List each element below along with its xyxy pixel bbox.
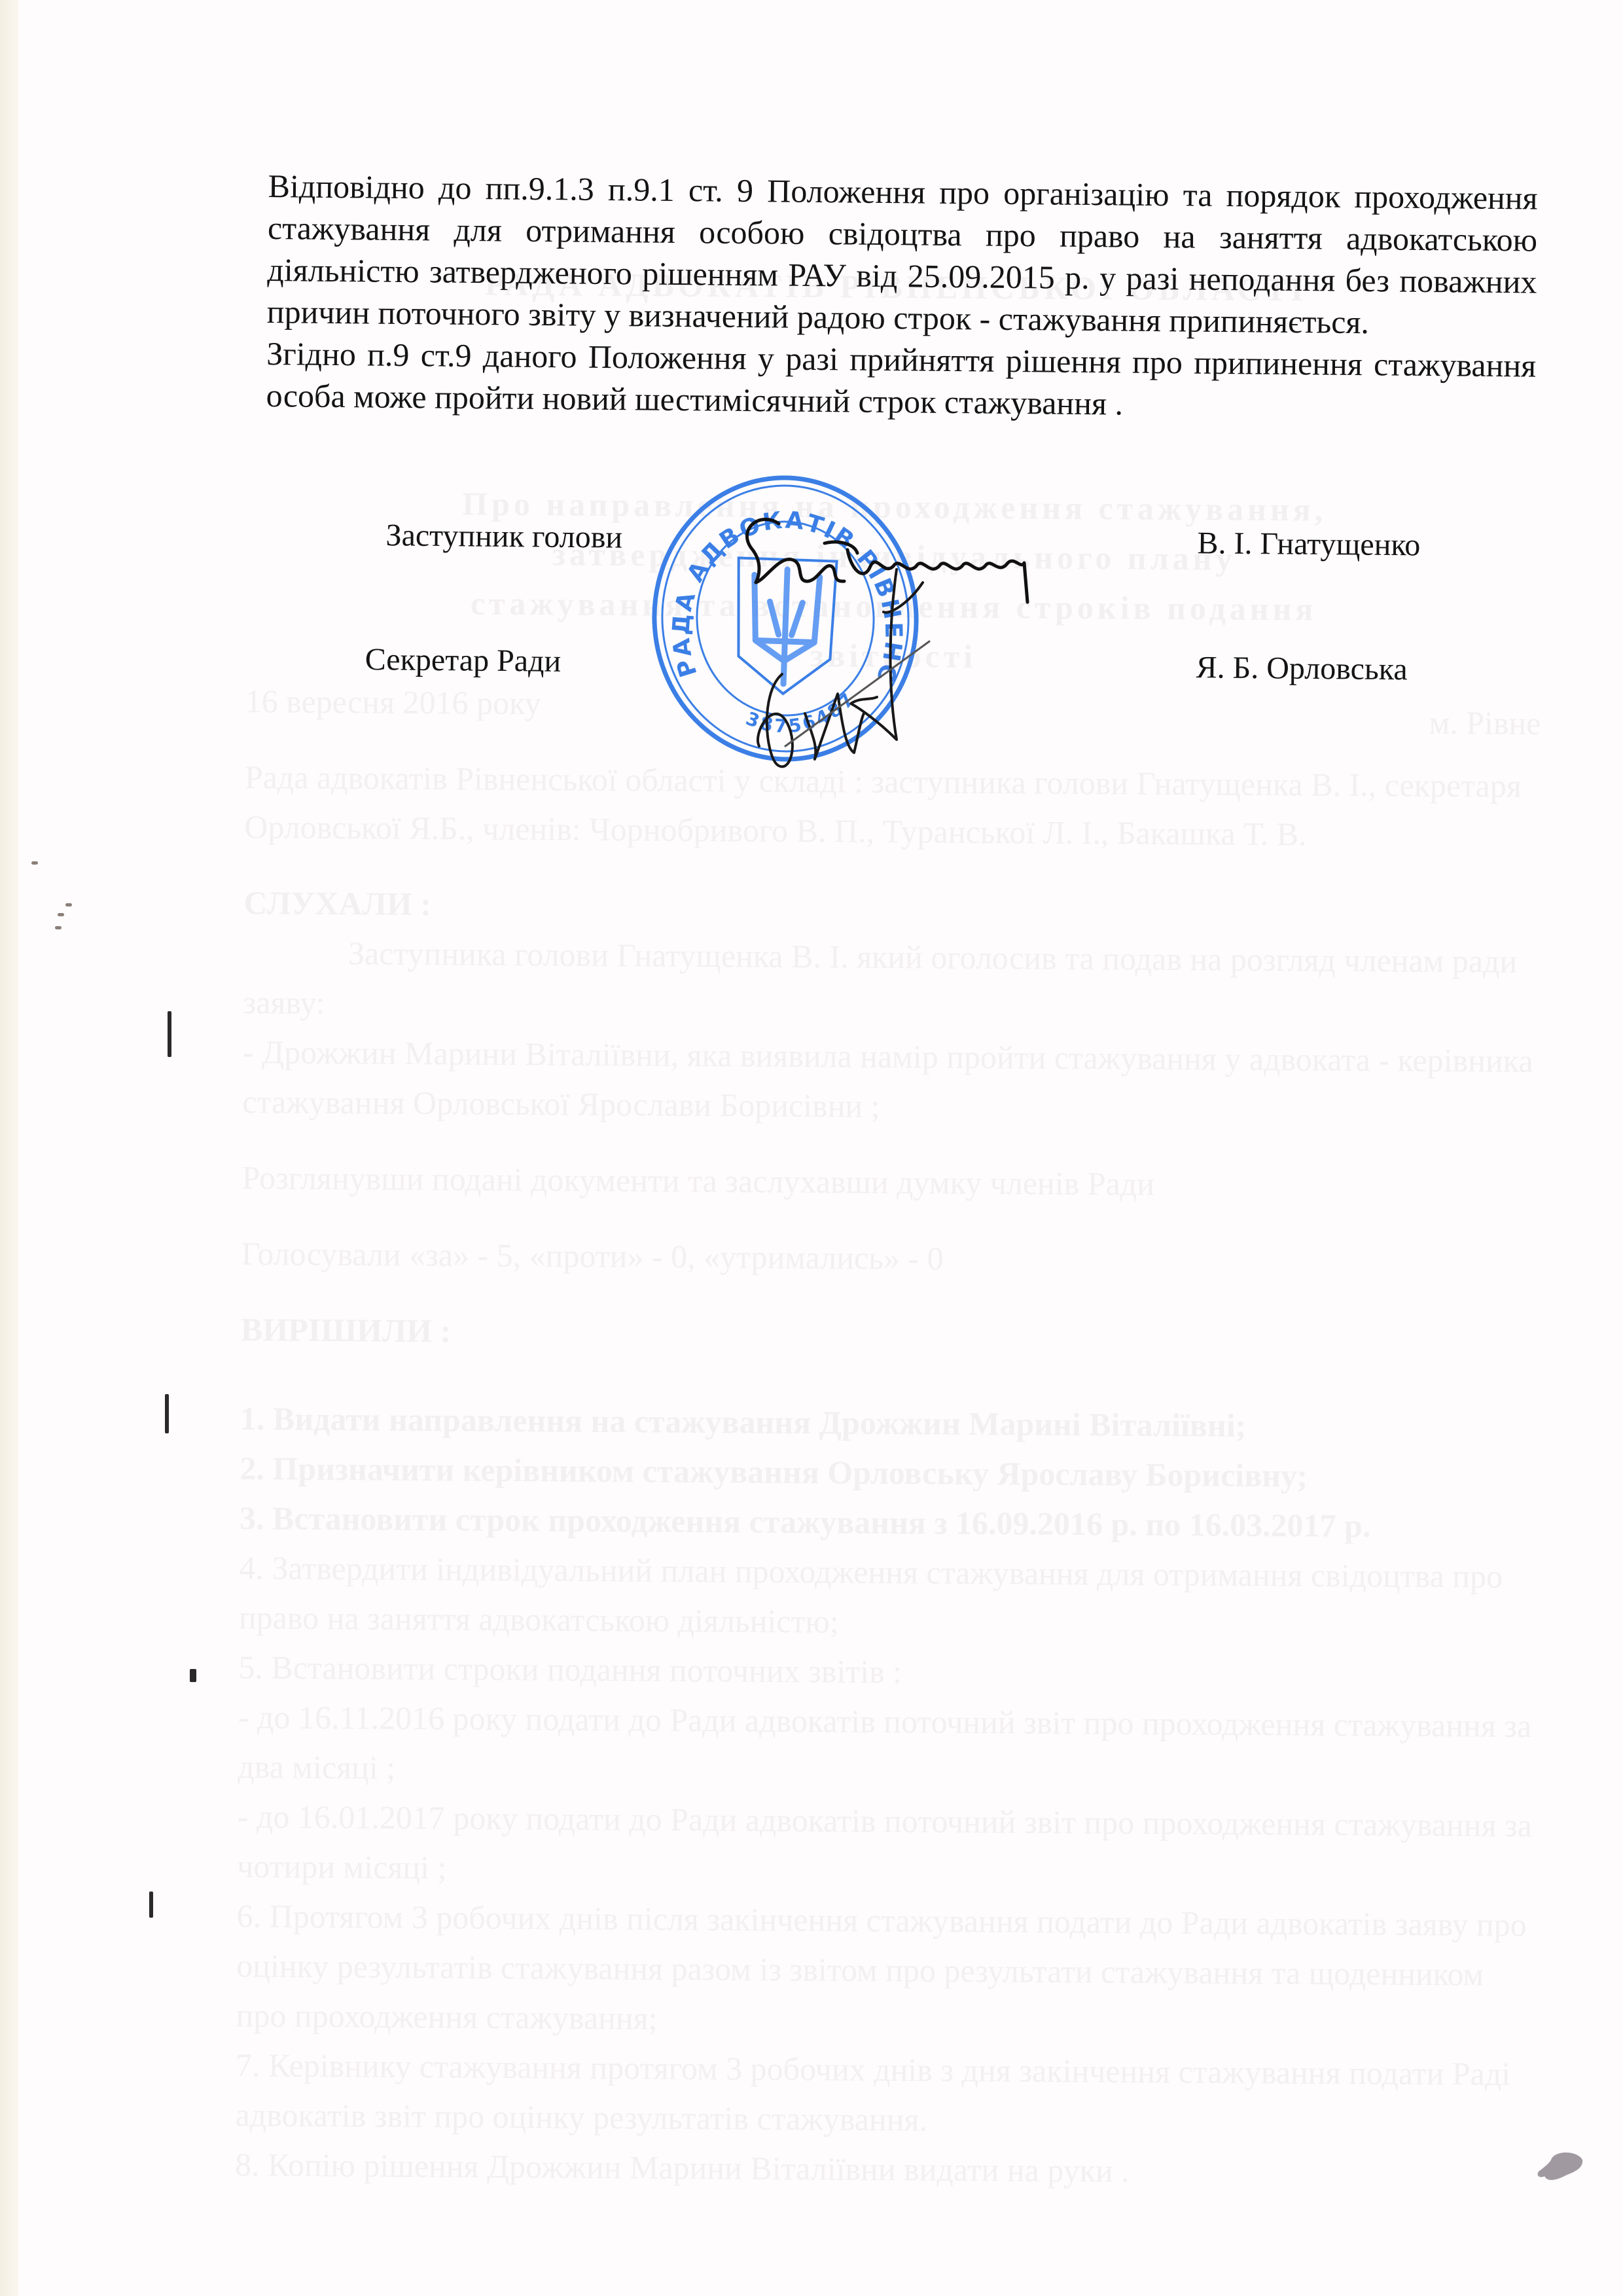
scan-speck (31, 861, 38, 865)
scan-smudge (1531, 2147, 1584, 2186)
ghost-item: 4. Затвердити індивідуальний план проход… (239, 1543, 1535, 1651)
ghost-item: - до 16.11.2016 року подати до Ради адво… (238, 1692, 1534, 1801)
document-body: Відповідно до пп.9.1.3 п.9.1 ст. 9 Полож… (266, 165, 1538, 429)
paragraph-consequence: Згідно п.9 ст.9 даного Положення у разі … (266, 332, 1536, 429)
ghost-item: - до 16.01.2017 року подати до Ради адво… (237, 1791, 1533, 1900)
paragraph-legal-basis: Відповідно до пп.9.1.3 п.9.1 ст. 9 Полож… (267, 165, 1538, 345)
ghost-heard-label: СЛУХАЛИ : (243, 878, 1539, 937)
ghost-item: 8. Копію рішення Дрожжин Марини Віталіїв… (235, 2140, 1531, 2198)
ghost-vote: Голосували «за» - 5, «проти» - 0, «утрим… (241, 1229, 1537, 1287)
scan-mark (168, 1011, 171, 1057)
scan-speck (55, 926, 62, 929)
scan-mark (190, 1669, 196, 1682)
ghost-item: 3. Встановити строк проходження стажуван… (240, 1493, 1535, 1552)
signature-row-secretary: Секретар Ради Я. Б. Орловська (365, 641, 1543, 653)
scan-speck (58, 913, 64, 916)
scan-mark (165, 1394, 169, 1433)
ghost-item: 6. Протягом 3 робочих днів після закінче… (236, 1891, 1533, 2049)
ghost-reviewed: Розглянувши подані документи та заслухав… (241, 1153, 1537, 1211)
signature-row-deputy-head: Заступник голови В. І. Гнатущенко (366, 517, 1544, 528)
ghost-item: 1. Видати направлення на стажування Дрож… (240, 1393, 1536, 1452)
scan-speck (65, 903, 72, 906)
signatory-name: Я. Б. Орловська (1196, 649, 1408, 687)
signatory-role: Секретар Ради (365, 641, 561, 679)
ghost-decided-label: ВИРІШИЛИ : (241, 1304, 1537, 1363)
scan-edge (0, 0, 18, 2296)
ghost-heard-text2: - Дрожжин Марини Віталіївни, яка виявила… (242, 1027, 1539, 1136)
signatory-name: В. І. Гнатущенко (1197, 525, 1420, 563)
signature-block: Заступник голови В. І. Гнатущенко Секрет… (364, 504, 1544, 777)
scan-mark (149, 1892, 153, 1918)
signatory-role: Заступник голови (385, 517, 622, 555)
ghost-item: 2. Призначити керівником стажування Орло… (240, 1443, 1535, 1502)
ghost-item: 5. Встановити строки подання поточних зв… (238, 1642, 1534, 1701)
ghost-heard-text: Заступника голови Гнатущенка В. І. який … (243, 927, 1539, 1036)
ghost-item: 7. Керівнику стажування протягом 3 робоч… (235, 2040, 1531, 2149)
